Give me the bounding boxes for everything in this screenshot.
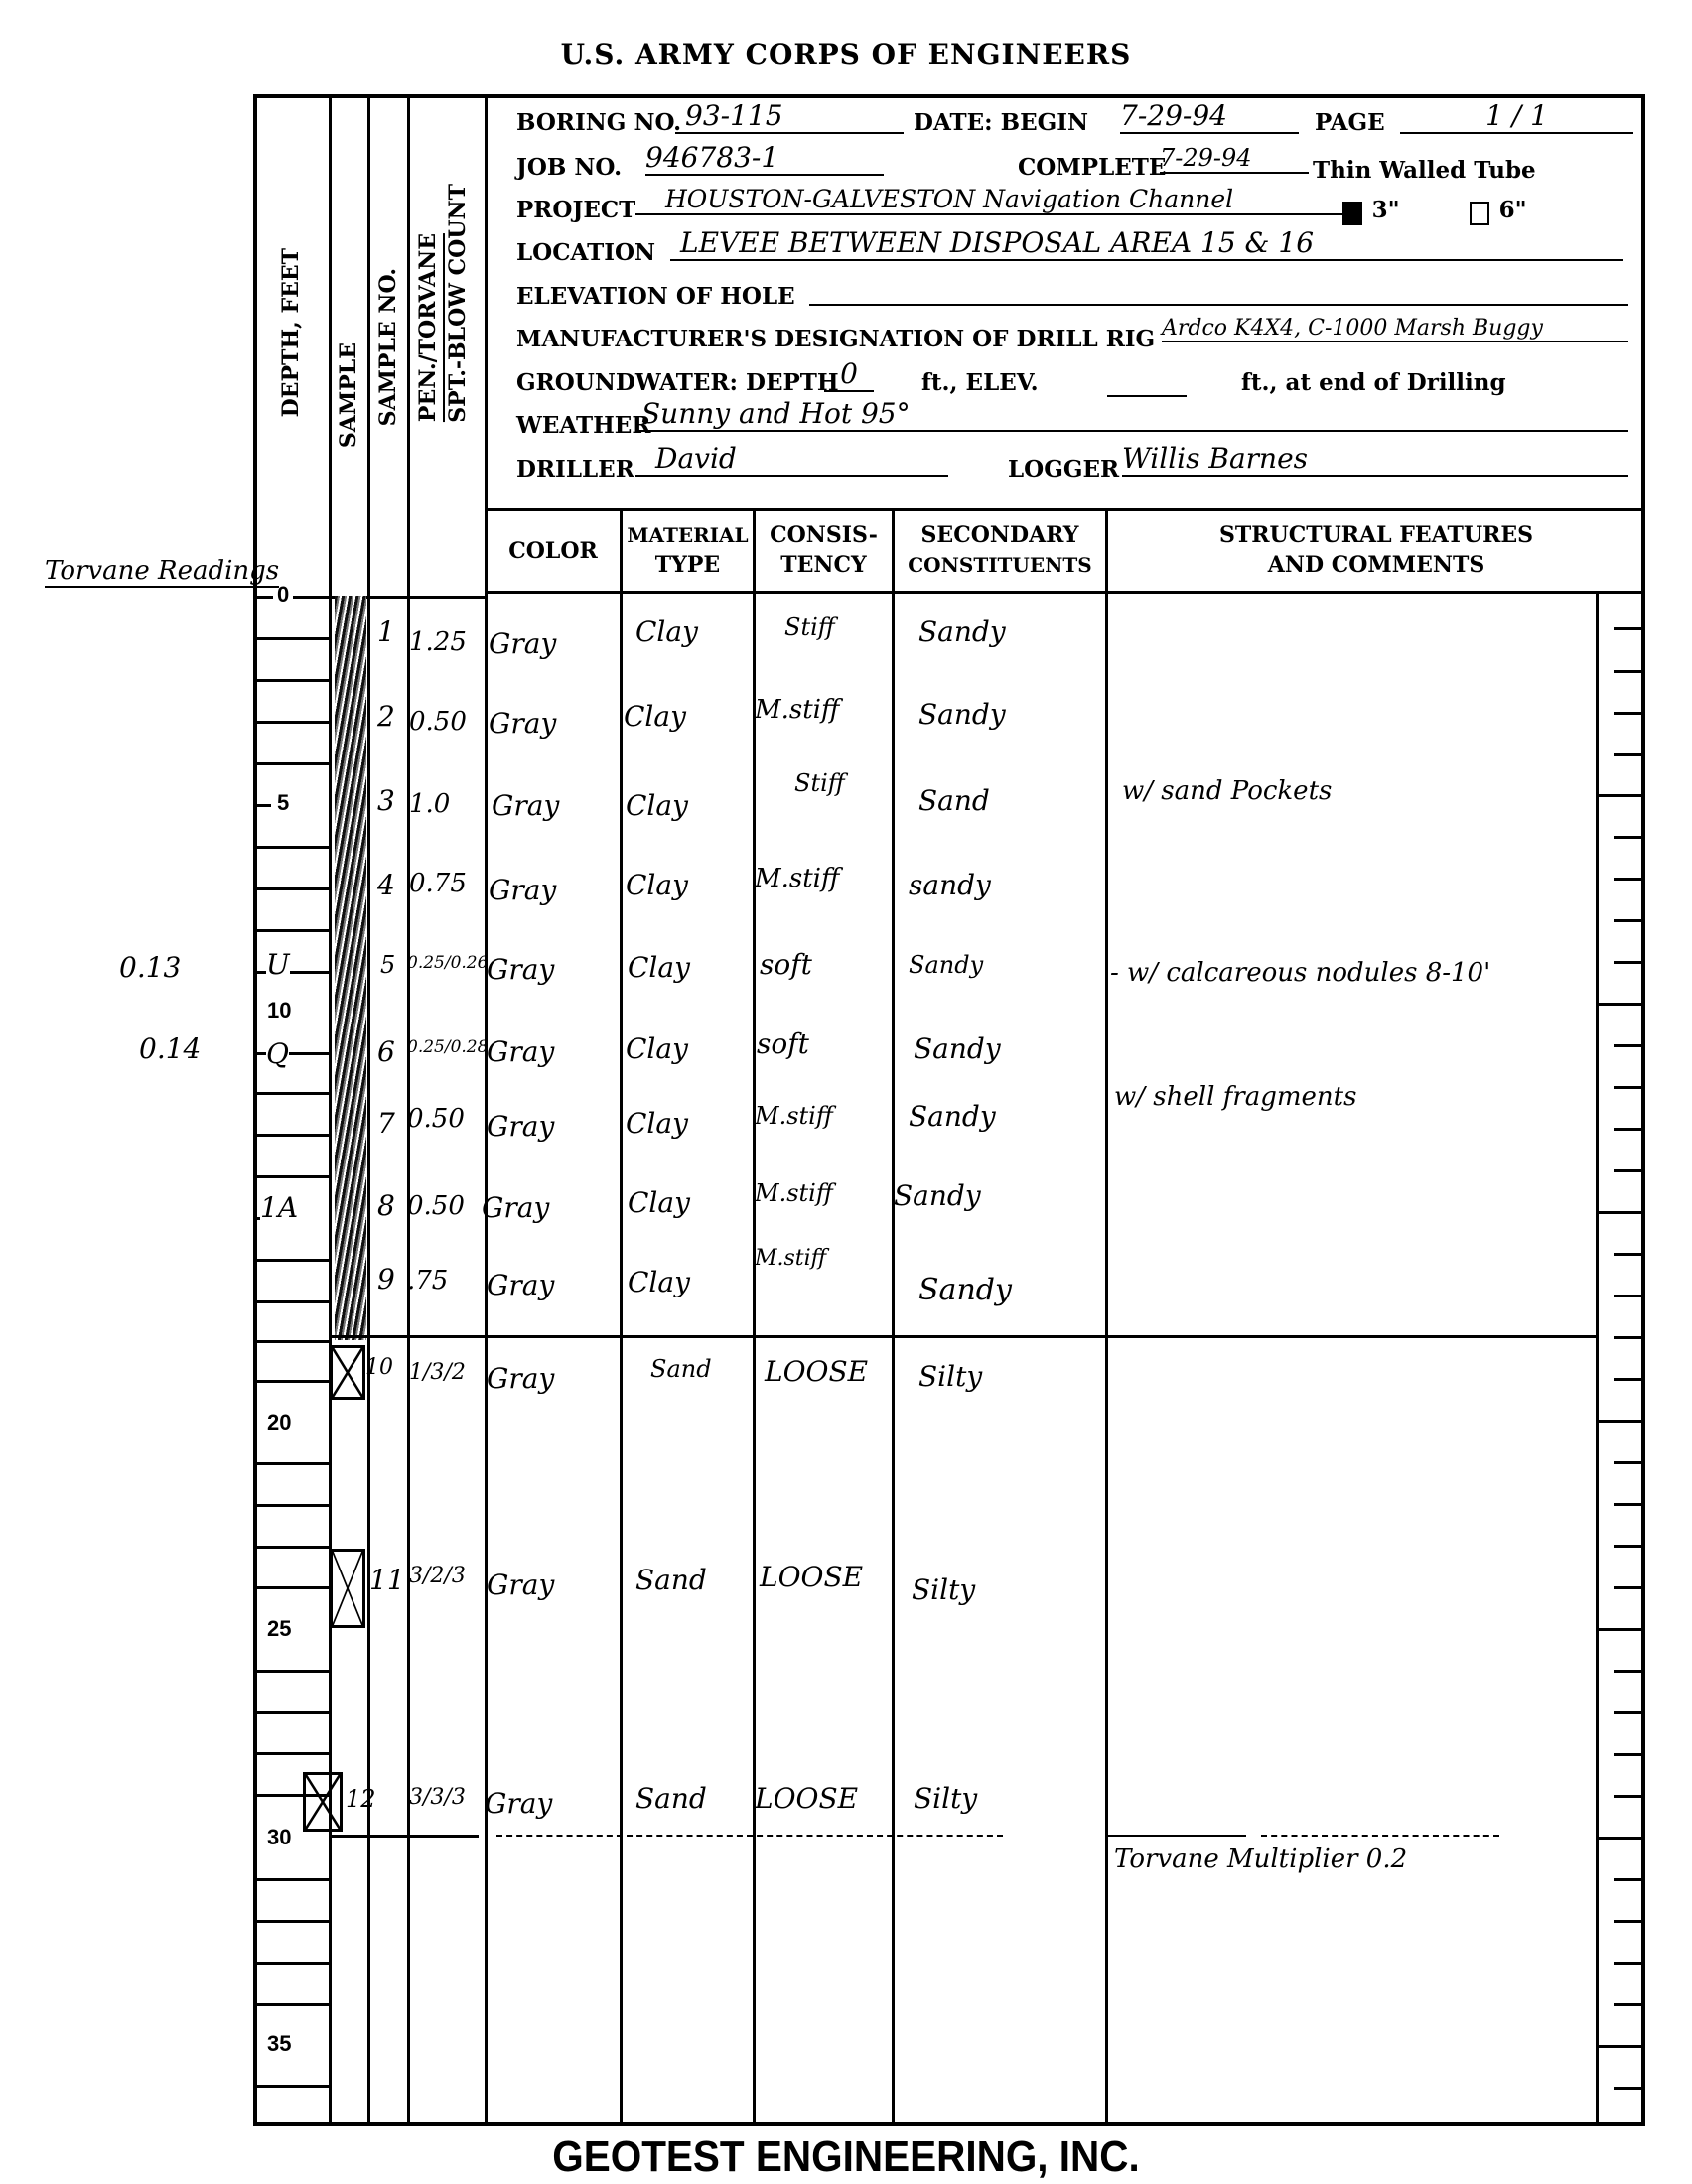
sample-pen: 1.0 [409, 789, 450, 819]
tick [1614, 836, 1643, 839]
tick [253, 2085, 331, 2088]
sample-secondary: Sand [918, 784, 990, 817]
header-material-type: MATERIAL TYPE [623, 520, 753, 580]
torvane-readings-label: Torvane Readings [45, 556, 279, 588]
sample-consistency: M.stiff [755, 1179, 833, 1207]
bottom-of-boring-line [330, 1835, 479, 1838]
column-header-bottom-line [485, 591, 1644, 594]
location-value: LEVEE BETWEEN DISPOSAL AREA 15 & 16 [670, 226, 1623, 261]
header-secondary-line2: CONSTITUENTS [895, 550, 1105, 580]
header-sample: SAMPLE [336, 342, 361, 448]
tick [253, 637, 331, 640]
sample-secondary: Sandy [918, 615, 1006, 648]
header-secondary-constituents: SECONDARY CONSTITUENTS [895, 520, 1105, 580]
end-of-drilling-label: ft., at end of Drilling [1241, 369, 1506, 396]
tick [253, 1752, 331, 1755]
date-begin-value: 7-29-94 [1120, 99, 1299, 134]
groundwater-depth-value: 0 [824, 357, 874, 392]
tick [1614, 1795, 1643, 1798]
tube-3in-checkbox[interactable] [1342, 202, 1362, 225]
groundwater-label: GROUNDWATER: DEPTH [516, 369, 839, 396]
divider-consistency-secondary [892, 508, 895, 2126]
sample-color: Gray [487, 1269, 554, 1301]
tick [253, 762, 331, 765]
sample-secondary: Sandy [909, 1100, 996, 1133]
sample-core-hatched [335, 596, 366, 1340]
logger-value: Willis Barnes [1122, 442, 1628, 477]
page-value: 1 / 1 [1400, 99, 1633, 134]
ft-elev-label: ft., ELEV. [921, 369, 1039, 396]
tick [1614, 1503, 1643, 1506]
divider-color-material [620, 508, 623, 2126]
agency-title: U.S. ARMY CORPS OF ENGINEERS [0, 38, 1692, 70]
tick [1596, 1628, 1643, 1631]
sample-color: Gray [489, 707, 556, 740]
tick [253, 1711, 331, 1714]
sample-no: 7 [377, 1107, 395, 1140]
sample-color: Gray [487, 953, 554, 986]
tick [1614, 1920, 1643, 1923]
sample-consistency: M.stiff [755, 1102, 833, 1130]
sample-material: Sand [635, 1782, 707, 1815]
divider-structural-ticks [1596, 593, 1599, 2126]
bottom-of-boring-dotted [496, 1835, 1003, 1837]
depth-25: 25 [263, 1616, 295, 1642]
sample-pen: .75 [407, 1266, 448, 1296]
tube-6in-label: 6" [1499, 197, 1527, 223]
tick [1614, 1253, 1643, 1256]
tick [1614, 1169, 1643, 1172]
sample-no: 1 [377, 615, 395, 648]
elevation-value [809, 270, 1628, 306]
tick [253, 1052, 331, 1055]
tick [253, 1380, 331, 1383]
tick [1614, 919, 1643, 922]
tick [253, 1670, 331, 1673]
sample-pen: 3/2/3 [409, 1564, 466, 1588]
tick [253, 846, 331, 849]
tick [253, 1586, 331, 1589]
header-spt-blow-count: SPT.-BLOW COUNT [445, 184, 471, 423]
weather-value: Sunny and Hot 95° [635, 397, 1628, 432]
tick [1614, 1295, 1643, 1297]
company-footer: GEOTEST ENGINEERING, INC. [68, 2132, 1624, 2182]
tube-6in-option[interactable]: 6" [1470, 197, 1527, 225]
page-label: PAGE [1315, 109, 1385, 136]
tube-3in-option[interactable]: 3" [1342, 197, 1400, 225]
date-begin-label: DATE: BEGIN [914, 109, 1088, 136]
sample-no: 6 [377, 1035, 395, 1068]
sample-consistency: M.stiff [755, 1246, 826, 1271]
sample-material: Clay [628, 1186, 690, 1219]
tick [253, 1092, 331, 1095]
tick [1614, 1044, 1643, 1047]
tick [253, 887, 331, 890]
sample-no: 8 [377, 1189, 395, 1222]
depth-5: 5 [273, 790, 293, 816]
boring-no-label: BORING NO. [516, 109, 681, 136]
tick [1596, 2045, 1643, 2048]
complete-label: COMPLETE [1018, 154, 1166, 181]
tick [253, 1175, 331, 1178]
header-color: COLOR [487, 536, 620, 566]
stratum-boundary-line [330, 1335, 1596, 1338]
tick [1614, 1378, 1643, 1381]
tube-6in-checkbox[interactable] [1470, 202, 1489, 225]
tick [253, 804, 271, 807]
divider-sample-sampleno [367, 94, 370, 2126]
sample-pen: 1.25 [409, 627, 467, 657]
drill-rig-label: MANUFACTURER'S DESIGNATION OF DRILL RIG [516, 326, 1155, 352]
marker-u: U [266, 948, 290, 981]
tick [253, 1340, 331, 1343]
depth-20: 20 [263, 1410, 295, 1435]
tick [1614, 627, 1643, 630]
sample-secondary: Silty [914, 1782, 977, 1815]
sample-color: Gray [489, 874, 556, 906]
tick [1596, 1003, 1643, 1006]
sample-secondary: Sandy [909, 951, 983, 979]
drill-rig-value: Ardco K4X4, C-1000 Marsh Buggy [1162, 316, 1628, 342]
tick [1614, 712, 1643, 715]
sample-no: 12 [346, 1785, 376, 1813]
header-structural-line2: AND COMMENTS [1108, 550, 1644, 580]
sample-spt-12-marker [303, 1772, 343, 1832]
sample-material: Clay [626, 869, 688, 901]
depth-35: 35 [263, 2031, 295, 2057]
sample-consistency: LOOSE [755, 1782, 858, 1815]
sample-color: Gray [487, 1035, 554, 1068]
header-consistency-line2: TENCY [756, 550, 892, 580]
sample-pen: 0.50 [407, 1191, 465, 1221]
sample-secondary: Silty [912, 1573, 975, 1606]
sample-material: Sand [650, 1355, 712, 1383]
header-depth-feet: DEPTH, FEET [278, 248, 304, 417]
torvane-reading-1: 0.13 [119, 951, 181, 984]
outer-border-right [1641, 94, 1645, 2126]
sample-material: Sand [635, 1564, 707, 1596]
sample-pen: 1/3/2 [409, 1360, 466, 1385]
depth-30: 30 [263, 1825, 295, 1850]
tick [1614, 878, 1643, 881]
sample-pen: 0.50 [407, 1104, 465, 1134]
tick [1596, 794, 1643, 797]
driller-label: DRILLER [516, 456, 634, 482]
outer-border-top [253, 94, 1645, 98]
tick [1614, 2087, 1643, 2090]
sample-color: Gray [487, 1569, 554, 1601]
sample-color: Gray [485, 1787, 552, 1820]
groundwater-elev-value [1107, 363, 1187, 397]
tick [1614, 1962, 1643, 1965]
elevation-label: ELEVATION OF HOLE [516, 283, 795, 310]
tick [253, 721, 331, 724]
header-consistency-line1: CONSIS- [756, 520, 892, 550]
tube-3in-label: 3" [1372, 197, 1400, 223]
marker-1a: 1A [260, 1191, 298, 1224]
tick [1614, 670, 1643, 673]
comment-shell-fragments: w/ shell fragments [1114, 1082, 1356, 1112]
comment-sand-pockets: w/ sand Pockets [1122, 776, 1332, 806]
project-label: PROJECT [516, 197, 635, 223]
column-header-top-line [485, 508, 1644, 511]
sample-secondary: sandy [909, 869, 991, 901]
divider-secondary-structural [1105, 508, 1108, 2126]
comment-calcareous-nodules: - w/ calcareous nodules 8-10' [1110, 958, 1490, 988]
sample-consistency: soft [757, 1027, 809, 1060]
tick [253, 2003, 331, 2006]
tick [1614, 1711, 1643, 1714]
sample-color: Gray [492, 789, 559, 822]
driller-value: David [635, 442, 948, 477]
sample-material: Clay [628, 951, 690, 984]
header-secondary-line1: SECONDARY [895, 520, 1105, 550]
sample-consistency: Stiff [784, 614, 835, 641]
sample-consistency: LOOSE [765, 1355, 868, 1388]
marker-q: Q [266, 1037, 289, 1070]
sample-material: Clay [635, 615, 698, 648]
sample-secondary: Sandy [894, 1179, 981, 1212]
sample-material: Clay [624, 700, 686, 733]
tick [253, 1300, 331, 1303]
tick [1596, 1420, 1643, 1423]
tick [1614, 2003, 1643, 2006]
tick [253, 929, 331, 932]
sample-color: Gray [482, 1191, 549, 1224]
tick [1614, 1753, 1643, 1756]
tick [1596, 1837, 1643, 1840]
sample-material: Clay [626, 1032, 688, 1065]
location-label: LOCATION [516, 239, 655, 266]
sample-secondary: Silty [918, 1360, 982, 1393]
tick [1614, 1545, 1643, 1548]
sample-consistency: M.stiff [755, 864, 839, 893]
tick [1614, 1586, 1643, 1589]
sample-no: 5 [380, 951, 395, 979]
header-color-text: COLOR [508, 538, 598, 564]
sample-consistency: M.stiff [755, 695, 839, 725]
sample-secondary: Sandy [918, 698, 1006, 731]
header-material-line1: MATERIAL [623, 520, 753, 550]
sample-material: Clay [626, 1107, 688, 1140]
tick [1596, 1211, 1643, 1214]
sample-no: 4 [377, 869, 395, 901]
sample-consistency: LOOSE [760, 1561, 863, 1593]
header-structural-features: STRUCTURAL FEATURES AND COMMENTS [1108, 520, 1644, 580]
job-no-value: 946783-1 [645, 141, 884, 176]
sample-no: 2 [377, 700, 395, 733]
boring-no-value: 93-115 [675, 99, 904, 134]
tick [253, 1504, 331, 1507]
header-consistency: CONSIS- TENCY [756, 520, 892, 580]
tick [1614, 753, 1643, 756]
sample-color: Gray [489, 627, 556, 660]
sample-secondary: Sandy [914, 1032, 1001, 1065]
sample-consistency: Stiff [794, 769, 845, 797]
tick [253, 971, 331, 974]
depth-10: 10 [263, 998, 295, 1024]
sample-color: Gray [487, 1362, 554, 1395]
sample-no: 9 [377, 1263, 395, 1296]
sample-spt-10-marker [330, 1345, 365, 1400]
tick [1614, 1670, 1643, 1673]
tick [1614, 1128, 1643, 1131]
sample-spt-11-marker [330, 1549, 365, 1628]
tick [253, 1462, 331, 1465]
logger-label: LOGGER [1008, 456, 1119, 482]
outer-border-bottom [253, 2122, 1645, 2126]
sample-pen: 0.50 [409, 707, 467, 737]
header-sample-no: SAMPLE NO. [375, 268, 401, 426]
comment-underline-right [1261, 1835, 1499, 1837]
sample-color: Gray [487, 1110, 554, 1143]
project-value: HOUSTON-GALVESTON Navigation Channel [635, 185, 1350, 215]
outer-border-left [253, 94, 257, 2126]
header-pen-torvane: PEN./TORVANE [415, 233, 445, 422]
sample-pen: 3/3/3 [409, 1785, 466, 1810]
sample-pen: 0.75 [409, 869, 467, 898]
tick [253, 1920, 331, 1923]
sample-material: Clay [628, 1266, 690, 1298]
job-no-label: JOB NO. [516, 154, 622, 181]
sample-secondary: Sandy [918, 1273, 1012, 1307]
tick [253, 1962, 331, 1965]
sample-no: 3 [377, 784, 395, 817]
tick [253, 1134, 331, 1137]
sample-no: 11 [369, 1564, 405, 1596]
sample-consistency: soft [760, 948, 812, 981]
sample-pen: 0.25/0.28 [407, 1037, 488, 1057]
tick [1614, 1878, 1643, 1881]
sample-pen: 0.25/0.26 [407, 953, 488, 973]
tick [1614, 961, 1643, 964]
sample-material: Clay [626, 789, 688, 822]
thin-walled-tube-label: Thin Walled Tube [1313, 157, 1536, 184]
comment-underline-left [1107, 1835, 1246, 1837]
tick [253, 1546, 331, 1549]
header-structural-line1: STRUCTURAL FEATURES [1108, 520, 1644, 550]
divider-material-consistency [753, 508, 756, 2126]
tick [253, 1878, 331, 1881]
torvane-reading-2: 0.14 [139, 1032, 201, 1065]
comment-torvane-multiplier: Torvane Multiplier 0.2 [1114, 1844, 1407, 1874]
tick [1614, 1336, 1643, 1339]
tick [1614, 1461, 1643, 1464]
sample-no: 10 [365, 1355, 393, 1380]
tick [253, 679, 331, 682]
weather-label: WEATHER [516, 412, 650, 439]
complete-value: 7-29-94 [1160, 144, 1309, 174]
header-material-line2: TYPE [623, 550, 753, 580]
tick [1614, 1086, 1643, 1089]
tick [253, 1259, 331, 1262]
